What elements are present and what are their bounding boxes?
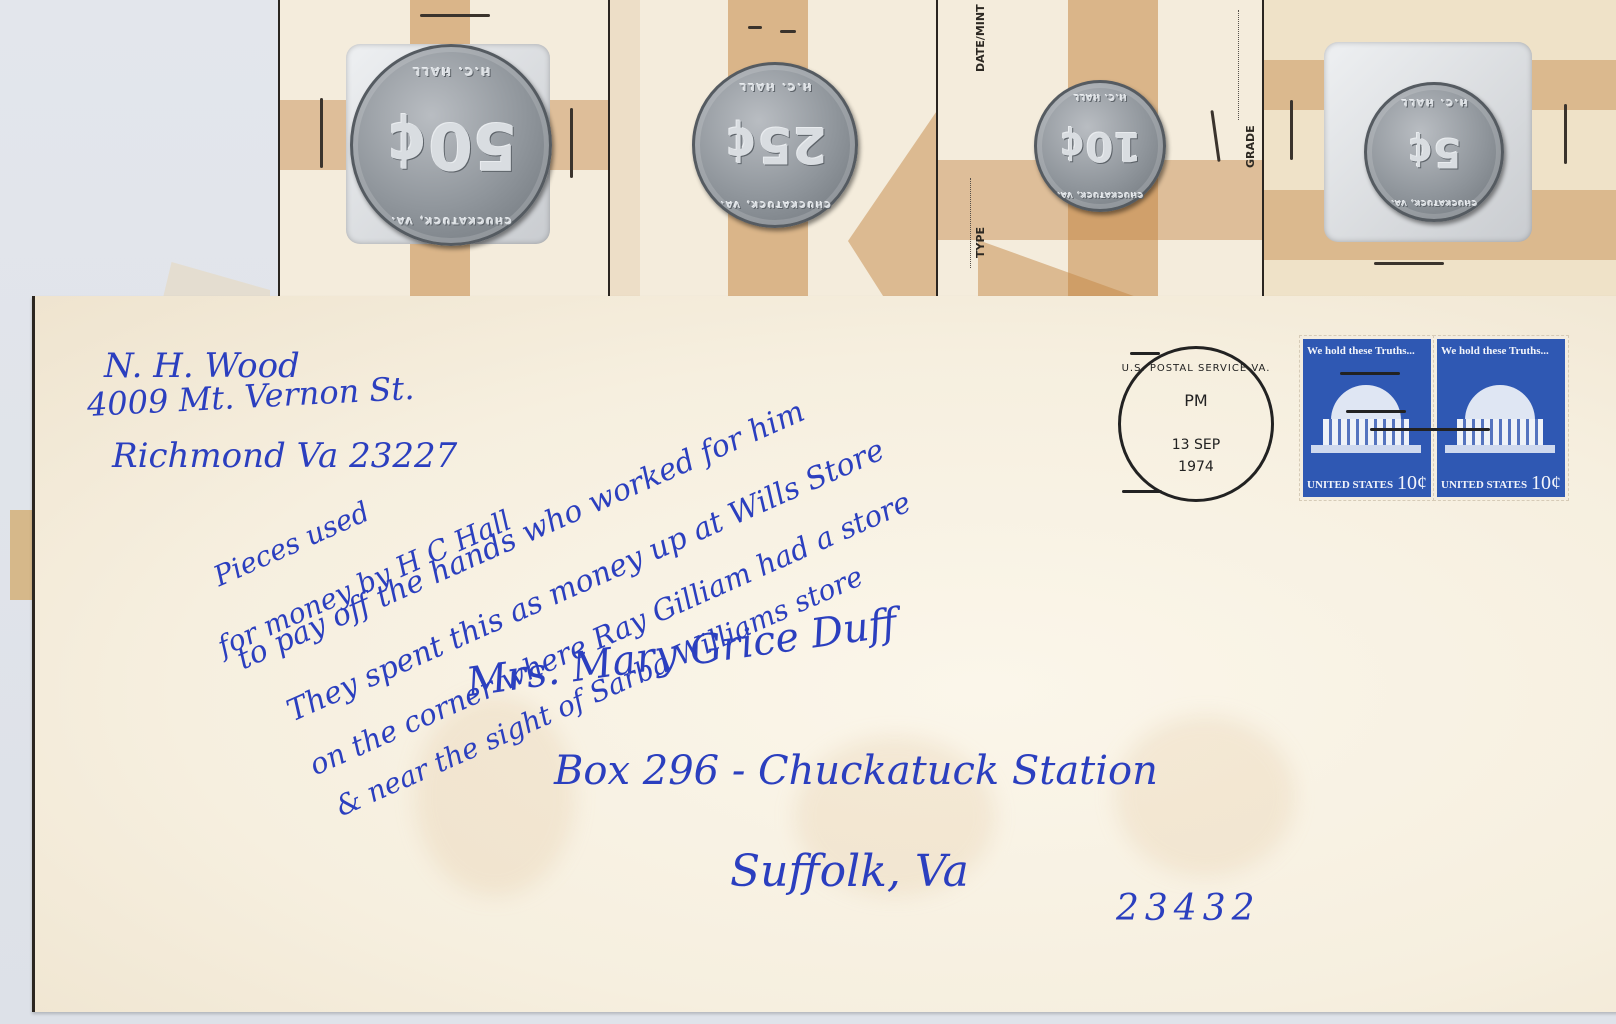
recipient-city: Suffolk, Va bbox=[730, 846, 969, 897]
token-5-cent: H.C. HALL 5¢ CHUCKATUCK, VA. bbox=[1364, 82, 1504, 222]
date-mint-label: DATE/MINT bbox=[974, 4, 987, 72]
postage-stamp: We hold these Truths... UNITED STATES 10… bbox=[1434, 336, 1568, 500]
cancel-line bbox=[1122, 490, 1162, 493]
postage-stamp: We hold these Truths... UNITED STATES 10… bbox=[1300, 336, 1434, 500]
token-25-cent: H.C. HALL 25¢ CHUCKATUCK, VA. bbox=[692, 62, 858, 228]
recipient-zip: 23432 bbox=[1116, 888, 1261, 929]
stamp-cancel-bar bbox=[1340, 372, 1400, 375]
recipient-box: Box 296 - Chuckatuck Station bbox=[554, 748, 1158, 794]
coin-holder-25: H.C. HALL 25¢ CHUCKATUCK, VA. bbox=[608, 0, 938, 312]
coin-holder-5: H.C. HALL 5¢ CHUCKATUCK, VA. bbox=[1262, 0, 1616, 312]
token-50-cent: H.C. HALL 50¢ CHUCKATUCK, VA. bbox=[350, 44, 552, 246]
token-10-cent: H.C. HALL 10¢ CHUCKATUCK, VA. bbox=[1034, 80, 1166, 212]
stamp-cancel-bar bbox=[1346, 410, 1406, 413]
grade-label: GRADE bbox=[1244, 125, 1257, 168]
postmark: U.S. POSTAL SERVICE VA. PM 13 SEP 1974 bbox=[1118, 346, 1274, 502]
tape-scrap bbox=[10, 510, 32, 600]
type-label: TYPE bbox=[974, 227, 987, 258]
return-address-city: Richmond Va 23227 bbox=[112, 436, 457, 476]
stamp-cancel-bar bbox=[1370, 428, 1490, 431]
coin-holder-50: H.C. HALL 50¢ CHUCKATUCK, VA. bbox=[278, 0, 610, 312]
coin-holder-10: DATE/MINT TYPE GRADE H.C. HALL 10¢ CHUCK… bbox=[936, 0, 1264, 312]
cancel-line bbox=[1130, 352, 1160, 355]
